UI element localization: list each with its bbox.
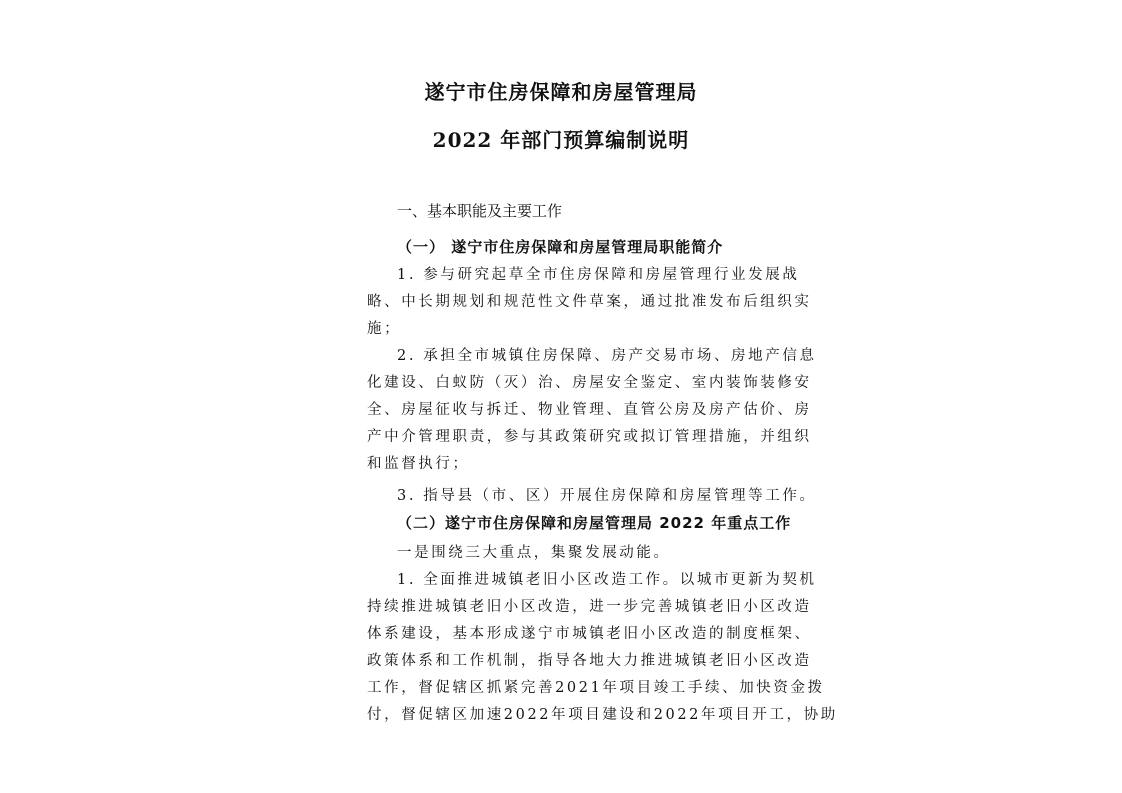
paragraph-line: 施； — [367, 317, 759, 338]
paragraph-line: 和监督执行； — [367, 452, 759, 473]
subsection-heading-functions-intro: （一） 遂宁市住房保障和房屋管理局职能简介 — [397, 236, 723, 257]
paragraph-line: 持续推进城镇老旧小区改造，进一步完善城镇老旧小区改造 — [367, 595, 759, 616]
subsection-heading-key-work-2022: （二）遂宁市住房保障和房屋管理局 2022 年重点工作 — [397, 512, 791, 533]
paragraph-line: 3. 指导县（市、区）开展住房保障和房屋管理等工作。 — [397, 484, 789, 505]
paragraph-line: 2. 承担全市城镇住房保障、房产交易市场、房地产信息 — [397, 344, 789, 365]
document-title: 遂宁市住房保障和房屋管理局 — [0, 76, 1122, 105]
document-subtitle: 2022 年部门预算编制说明 — [0, 124, 1122, 153]
paragraph-line: 化建设、白蚁防（灭）治、房屋安全鉴定、室内装饰装修安 — [367, 371, 759, 392]
paragraph-line: 1. 全面推进城镇老旧小区改造工作。以城市更新为契机 — [397, 568, 789, 589]
paragraph-line: 工作，督促辖区抓紧完善2021年项目竣工手续、加快资金拨 — [367, 676, 759, 697]
paragraph-line: 全、房屋征收与拆迁、物业管理、直管公房及房产估价、房 — [367, 398, 759, 419]
paragraph-line: 政策体系和工作机制，指导各地大力推进城镇老旧小区改造 — [367, 649, 759, 670]
document-page: 遂宁市住房保障和房屋管理局 2022 年部门预算编制说明 一、基本职能及主要工作… — [0, 0, 1122, 793]
paragraph-line: 1. 参与研究起草全市住房保障和房屋管理行业发展战 — [397, 263, 789, 284]
paragraph-line: 略、中长期规划和规范性文件草案，通过批准发布后组织实 — [367, 290, 759, 311]
paragraph-line: 一是围绕三大重点，集聚发展动能。 — [397, 541, 789, 562]
section-heading-basic-functions: 一、基本职能及主要工作 — [397, 200, 562, 221]
paragraph-line: 付，督促辖区加速2022年项目建设和2022年项目开工，协助 — [367, 703, 759, 724]
paragraph-line: 产中介管理职责，参与其政策研究或拟订管理措施，并组织 — [367, 425, 759, 446]
paragraph-line: 体系建设，基本形成遂宁市城镇老旧小区改造的制度框架、 — [367, 622, 759, 643]
